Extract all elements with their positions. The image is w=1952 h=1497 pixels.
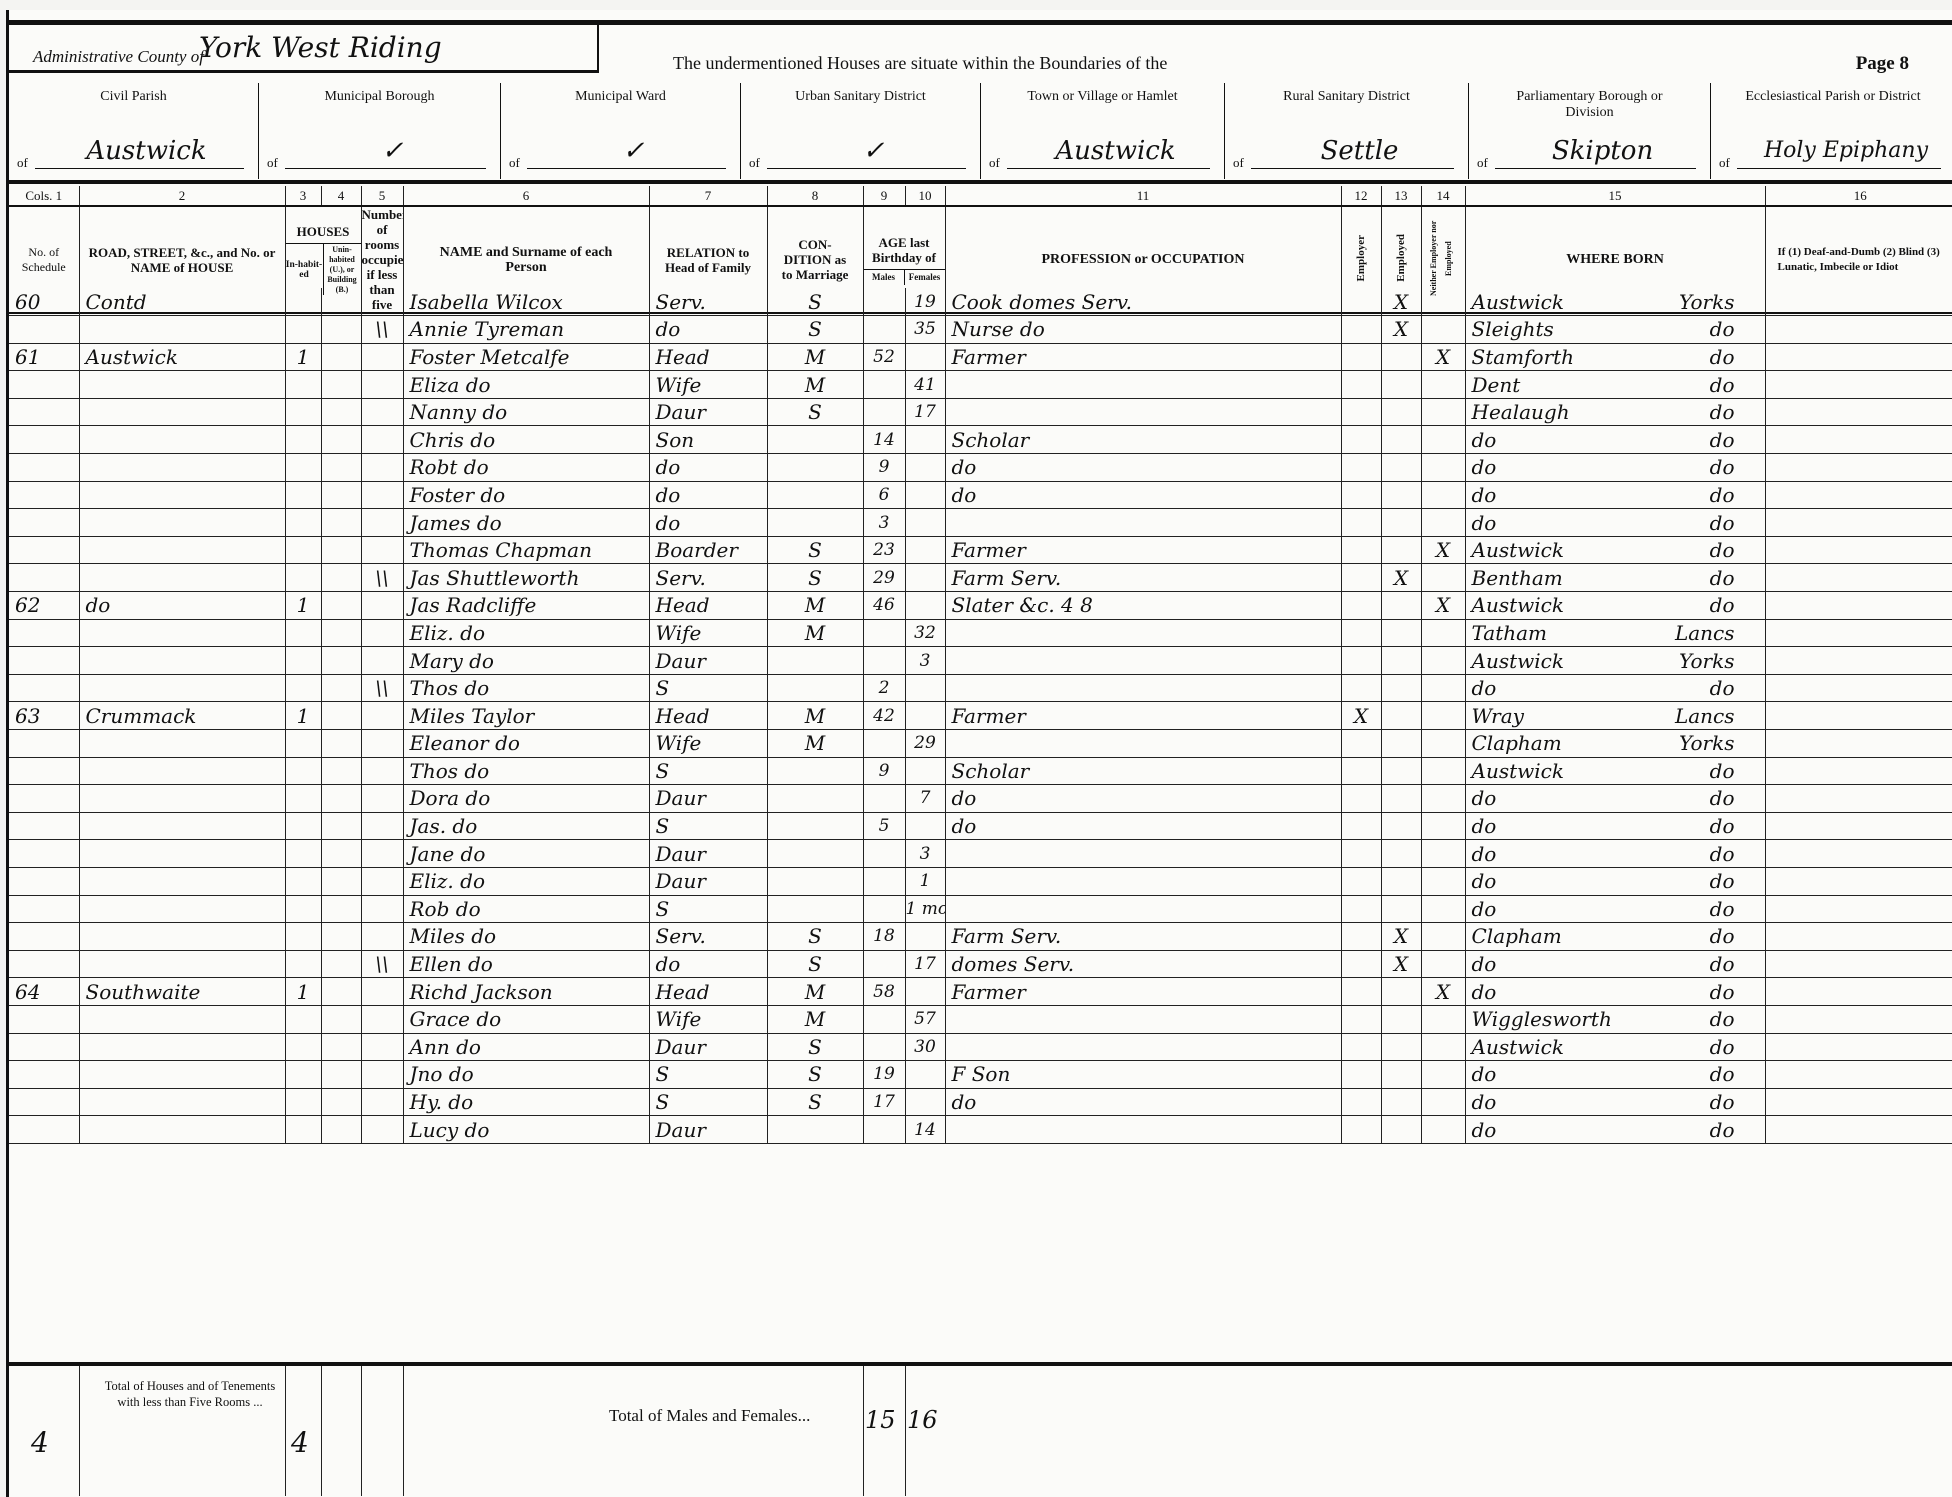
female-age-value: 57 (914, 1009, 936, 1029)
occupation-cell: Farmer (945, 343, 1341, 371)
female-age-cell (905, 509, 945, 537)
employed-cell (1381, 509, 1421, 537)
name-value: Chris do (410, 428, 496, 452)
occupation-cell (945, 371, 1341, 399)
male-age-value: 6 (879, 485, 890, 505)
occupation-cell: Farm Serv. (945, 564, 1341, 592)
occupation-cell: Scholar (945, 426, 1341, 454)
male-age-cell (863, 895, 905, 923)
occupation-cell: Cook domes Serv. (945, 288, 1341, 316)
male-age-cell (863, 647, 905, 675)
employed-cell (1381, 454, 1421, 482)
employer-cell (1341, 895, 1381, 923)
female-age-cell: 17 (905, 950, 945, 978)
neither-cell (1421, 1116, 1465, 1144)
male-age-cell: 3 (863, 509, 905, 537)
employed-value: X (1394, 290, 1408, 314)
inhabited-cell (285, 481, 321, 509)
totals-mf-label: Total of Males and Females... (609, 1406, 810, 1426)
inhabited-cell (285, 950, 321, 978)
schedule-cell: 60 (9, 288, 79, 316)
infirmity-cell (1765, 702, 1952, 730)
born-place: Austwick (1472, 593, 1564, 617)
employed-cell (1381, 619, 1421, 647)
employer-cell (1341, 1116, 1381, 1144)
male-age-cell: 6 (863, 481, 905, 509)
born-place: Dent (1472, 373, 1521, 397)
occupation-cell: Farm Serv. (945, 923, 1341, 951)
born-place: do (1472, 1062, 1497, 1086)
relation-value: Daur (656, 869, 706, 893)
name-cell: Richd Jackson (403, 978, 649, 1006)
rooms-value: \\ (375, 676, 388, 700)
inhabited-cell (285, 454, 321, 482)
rooms-cell (361, 840, 403, 868)
born-county: Lancs (1675, 704, 1735, 728)
district-civil-parish: Civil Parish of Austwick (9, 83, 259, 179)
employed-cell: X (1381, 316, 1421, 344)
road-cell (79, 895, 285, 923)
schedule-cell (9, 1033, 79, 1061)
born-county: do (1710, 538, 1735, 562)
occupation-cell: Slater &c. 4 8 (945, 592, 1341, 620)
relation-cell: Wife (649, 730, 767, 758)
houses-label: HOUSES (286, 224, 361, 239)
employed-value: X (1394, 924, 1408, 948)
name-cell: Isabella Wilcox (403, 288, 649, 316)
table-row: 64Southwaite1Richd JacksonHeadM58FarmerX… (9, 978, 1952, 1006)
employer-cell (1341, 398, 1381, 426)
male-age-cell (863, 371, 905, 399)
born-county: do (1710, 511, 1735, 535)
employed-value: X (1394, 317, 1408, 341)
employed-cell (1381, 426, 1421, 454)
inhabited-cell (285, 619, 321, 647)
employed-cell (1381, 343, 1421, 371)
district-header-row: Civil Parish of Austwick Municipal Borou… (9, 83, 1952, 183)
neither-cell (1421, 840, 1465, 868)
condition-cell (767, 840, 863, 868)
born-county: do (1710, 1090, 1735, 1114)
female-age-cell: 41 (905, 371, 945, 399)
born-place: do (1472, 842, 1497, 866)
where-born-cell: Austwickdo (1465, 757, 1765, 785)
infirmity-cell (1765, 647, 1952, 675)
rooms-cell (361, 785, 403, 813)
born-place: do (1472, 952, 1497, 976)
male-age-cell (863, 1116, 905, 1144)
occupation-cell: Farmer (945, 536, 1341, 564)
neither-cell (1421, 509, 1465, 537)
female-age-value: 1 month (906, 899, 946, 919)
inhabited-cell (285, 509, 321, 537)
rooms-cell (361, 978, 403, 1006)
female-age-cell (905, 812, 945, 840)
male-age-value: 46 (873, 595, 895, 615)
relation-value: Boarder (656, 538, 738, 562)
male-age-cell: 23 (863, 536, 905, 564)
of-label: of (749, 155, 760, 171)
relation-value: S (656, 1090, 670, 1114)
born-place: Wray (1472, 704, 1524, 728)
schedule-cell (9, 785, 79, 813)
where-born-cell: dodo (1465, 812, 1765, 840)
born-place: Tatham (1472, 621, 1548, 645)
relation-cell: Serv. (649, 923, 767, 951)
condition-cell: S (767, 316, 863, 344)
totals-rooms-cell (361, 1366, 403, 1496)
male-age-cell: 46 (863, 592, 905, 620)
name-cell: Rob do (403, 895, 649, 923)
district-value: ✓ (537, 133, 730, 169)
neither-cell (1421, 1088, 1465, 1116)
road-cell (79, 454, 285, 482)
rooms-cell (361, 1033, 403, 1061)
name-cell: James do (403, 509, 649, 537)
male-age-value: 5 (879, 816, 890, 836)
where-born-cell: dodo (1465, 785, 1765, 813)
inhabited-cell (285, 757, 321, 785)
inhabited-value: 1 (297, 345, 310, 369)
uninhabited-cell (321, 343, 361, 371)
uninhabited-cell (321, 785, 361, 813)
col-num: 16 (1765, 186, 1952, 206)
header-females: Females (904, 270, 945, 285)
inhabited-cell (285, 536, 321, 564)
relation-cell: S (649, 757, 767, 785)
schedule-cell: 61 (9, 343, 79, 371)
uninhabited-cell (321, 536, 361, 564)
infirmity-cell (1765, 812, 1952, 840)
male-age-cell (863, 1033, 905, 1061)
employed-cell (1381, 978, 1421, 1006)
rooms-cell (361, 923, 403, 951)
where-born-cell: AustwickYorks (1465, 647, 1765, 675)
female-age-cell (905, 343, 945, 371)
occupation-cell: Farmer (945, 978, 1341, 1006)
name-cell: Thos do (403, 757, 649, 785)
male-age-value: 14 (873, 430, 895, 450)
female-age-cell: 14 (905, 1116, 945, 1144)
rows-body: 60ContdIsabella WilcoxServ.S19Cook domes… (9, 288, 1952, 1143)
employed-cell (1381, 730, 1421, 758)
employed-cell (1381, 371, 1421, 399)
road-cell (79, 398, 285, 426)
infirmity-cell (1765, 674, 1952, 702)
employer-cell (1341, 343, 1381, 371)
born-county: do (1710, 924, 1735, 948)
name-value: Eliza do (410, 373, 491, 397)
uninhabited-cell (321, 702, 361, 730)
where-born-cell: Austwickdo (1465, 592, 1765, 620)
table-row: \\Annie TyremandoS35Nurse doXSleightsdo (9, 316, 1952, 344)
schedule-cell (9, 454, 79, 482)
where-born-cell: Sleightsdo (1465, 316, 1765, 344)
born-county: do (1710, 317, 1735, 341)
occupation-cell: F Son (945, 1061, 1341, 1089)
employed-cell (1381, 398, 1421, 426)
inhabited-cell (285, 1116, 321, 1144)
name-cell: Foster do (403, 481, 649, 509)
schedule-cell (9, 730, 79, 758)
born-place: Austwick (1472, 290, 1564, 314)
table-row: \\Thos doS2dodo (9, 674, 1952, 702)
name-cell: Mary do (403, 647, 649, 675)
relation-cell: Daur (649, 1116, 767, 1144)
female-age-value: 41 (914, 375, 936, 395)
name-value: Eliz. do (410, 621, 486, 645)
relation-cell: Daur (649, 840, 767, 868)
employer-cell (1341, 1088, 1381, 1116)
schedule-cell: 64 (9, 978, 79, 1006)
table-row: 61Austwick1Foster MetcalfeHeadM52FarmerX… (9, 343, 1952, 371)
born-place: do (1472, 1118, 1497, 1142)
table-row: Jas. doS5dododo (9, 812, 1952, 840)
where-born-cell: dodo (1465, 867, 1765, 895)
road-cell (79, 647, 285, 675)
road-value: do (86, 593, 111, 617)
neither-cell (1421, 950, 1465, 978)
born-county: do (1710, 345, 1735, 369)
male-age-cell: 5 (863, 812, 905, 840)
page-number: Page 8 (1856, 53, 1909, 75)
occupation-cell: do (945, 481, 1341, 509)
road-cell (79, 316, 285, 344)
male-age-value: 52 (873, 347, 895, 367)
totals-label-cell (403, 1366, 863, 1496)
rooms-cell (361, 1088, 403, 1116)
inhabited-cell (285, 923, 321, 951)
relation-value: do (656, 455, 681, 479)
occupation-cell: Nurse do (945, 316, 1341, 344)
inhabited-cell (285, 316, 321, 344)
condition-cell (767, 454, 863, 482)
name-value: Isabella Wilcox (410, 290, 563, 314)
condition-cell (767, 426, 863, 454)
employer-cell (1341, 978, 1381, 1006)
col-num: 14 (1421, 186, 1465, 206)
male-age-cell: 52 (863, 343, 905, 371)
female-age-value: 35 (914, 319, 936, 339)
road-cell (79, 785, 285, 813)
inhabited-cell (285, 1005, 321, 1033)
uninhabited-cell (321, 509, 361, 537)
total-females: 16 (907, 1406, 938, 1434)
condition-value: S (808, 952, 822, 976)
road-cell (79, 536, 285, 564)
name-cell: Annie Tyreman (403, 316, 649, 344)
of-label: of (1719, 155, 1730, 171)
male-age-value: 29 (873, 568, 895, 588)
neither-cell (1421, 785, 1465, 813)
condition-value: M (805, 731, 825, 755)
relation-cell: S (649, 1088, 767, 1116)
district-label: Rural Sanitary District (1225, 89, 1468, 105)
condition-cell: M (767, 702, 863, 730)
road-cell (79, 674, 285, 702)
table-row: Robt dodo9dododo (9, 454, 1952, 482)
born-county: do (1710, 786, 1735, 810)
uninhabited-cell (321, 1033, 361, 1061)
female-age-cell (905, 564, 945, 592)
male-age-value: 23 (873, 540, 895, 560)
occupation-cell (945, 509, 1341, 537)
table-row: Mary doDaur3AustwickYorks (9, 647, 1952, 675)
employer-cell (1341, 647, 1381, 675)
table-row: Jno doSS19F Sondodo (9, 1061, 1952, 1089)
road-cell: Southwaite (79, 978, 285, 1006)
born-county: do (1710, 842, 1735, 866)
schedule-cell (9, 1116, 79, 1144)
name-value: Eliz. do (410, 869, 486, 893)
condition-cell: S (767, 1033, 863, 1061)
road-cell (79, 757, 285, 785)
neither-cell (1421, 481, 1465, 509)
neither-cell (1421, 398, 1465, 426)
born-county: Yorks (1679, 649, 1734, 673)
name-cell: Eliz. do (403, 619, 649, 647)
schedule-cell (9, 840, 79, 868)
female-age-cell: 57 (905, 1005, 945, 1033)
born-county: do (1710, 373, 1735, 397)
born-county: do (1710, 1118, 1735, 1142)
road-cell (79, 1088, 285, 1116)
neither-cell (1421, 426, 1465, 454)
rooms-value: \\ (375, 317, 388, 341)
district-label: Municipal Ward (501, 89, 740, 105)
relation-value: Head (656, 345, 710, 369)
female-age-value: 3 (920, 844, 931, 864)
relation-cell: Daur (649, 867, 767, 895)
relation-cell: do (649, 481, 767, 509)
name-value: Rob do (410, 897, 481, 921)
name-value: Foster Metcalfe (410, 345, 570, 369)
neither-cell (1421, 1033, 1465, 1061)
condition-cell: M (767, 978, 863, 1006)
census-sheet: Administrative County of York West Ridin… (6, 10, 1952, 1497)
male-age-cell: 17 (863, 1088, 905, 1116)
rooms-cell (361, 812, 403, 840)
occupation-cell: Scholar (945, 757, 1341, 785)
col-num: 9 (863, 186, 905, 206)
occupation-value: do (952, 483, 977, 507)
relation-cell: Daur (649, 647, 767, 675)
uninhabited-cell (321, 730, 361, 758)
uninhabited-cell (321, 564, 361, 592)
infirmity-cell (1765, 730, 1952, 758)
born-place: Austwick (1472, 538, 1564, 562)
male-age-cell: 2 (863, 674, 905, 702)
born-county: do (1710, 483, 1735, 507)
rooms-cell (361, 1116, 403, 1144)
col-num: 12 (1341, 186, 1381, 206)
name-cell: Hy. do (403, 1088, 649, 1116)
schedule-cell (9, 1005, 79, 1033)
born-place: Austwick (1472, 1035, 1564, 1059)
employer-value: X (1354, 704, 1368, 728)
female-age-cell (905, 454, 945, 482)
employer-cell (1341, 730, 1381, 758)
uninhabited-cell (321, 619, 361, 647)
name-value: Mary do (410, 649, 494, 673)
relation-value: S (656, 1062, 670, 1086)
neither-cell (1421, 812, 1465, 840)
rooms-cell: \\ (361, 564, 403, 592)
name-cell: Eliz. do (403, 867, 649, 895)
condition-cell: M (767, 371, 863, 399)
uninhabited-cell (321, 923, 361, 951)
rooms-value: \\ (375, 566, 388, 590)
employer-cell (1341, 1005, 1381, 1033)
neither-cell (1421, 1061, 1465, 1089)
road-cell (79, 923, 285, 951)
occupation-value: Slater &c. 4 8 (952, 593, 1093, 617)
condition-cell (767, 481, 863, 509)
condition-value: S (808, 1035, 822, 1059)
col-num: 4 (321, 186, 361, 206)
male-age-cell: 19 (863, 1061, 905, 1089)
born-county: do (1710, 428, 1735, 452)
condition-cell (767, 1116, 863, 1144)
table-row: 62do1Jas RadcliffeHeadM46Slater &c. 4 8X… (9, 592, 1952, 620)
name-value: Eleanor do (410, 731, 520, 755)
employer-cell (1341, 840, 1381, 868)
employed-cell (1381, 647, 1421, 675)
employer-cell (1341, 812, 1381, 840)
male-age-cell (863, 840, 905, 868)
neither-cell (1421, 288, 1465, 316)
district-label: Municipal Borough (259, 89, 500, 105)
born-county: do (1710, 1007, 1735, 1031)
female-age-cell: 19 (905, 288, 945, 316)
female-age-cell (905, 923, 945, 951)
name-value: Foster do (410, 483, 506, 507)
where-born-cell: Healaughdo (1465, 398, 1765, 426)
infirmity-cell (1765, 398, 1952, 426)
infirmity-cell (1765, 288, 1952, 316)
title-row: Administrative County of York West Ridin… (9, 25, 1952, 75)
where-born-cell: Benthamdo (1465, 564, 1765, 592)
inhabited-cell (285, 426, 321, 454)
relation-value: do (656, 511, 681, 535)
employed-cell (1381, 481, 1421, 509)
relation-value: Serv. (656, 924, 706, 948)
infirmity-cell (1765, 785, 1952, 813)
employed-cell: X (1381, 950, 1421, 978)
female-age-value: 29 (914, 733, 936, 753)
condition-value: S (808, 400, 822, 424)
female-age-cell: 1 month (905, 895, 945, 923)
condition-cell: S (767, 1061, 863, 1089)
table-row: Dora doDaur7dododo (9, 785, 1952, 813)
totals-uninhabited-cell (321, 1366, 361, 1496)
born-county: do (1710, 593, 1735, 617)
employer-cell (1341, 867, 1381, 895)
female-age-cell: 17 (905, 398, 945, 426)
inhabited-cell (285, 564, 321, 592)
condition-value: M (805, 345, 825, 369)
schedule-cell (9, 895, 79, 923)
condition-value: M (805, 621, 825, 645)
infirmity-cell (1765, 1116, 1952, 1144)
female-age-value: 17 (914, 402, 936, 422)
relation-value: Daur (656, 1035, 706, 1059)
uninhabited-cell (321, 1005, 361, 1033)
schedule-cell (9, 674, 79, 702)
relation-cell: Head (649, 702, 767, 730)
name-value: Jas Radcliffe (410, 593, 537, 617)
table-row: Foster dodo6dododo (9, 481, 1952, 509)
